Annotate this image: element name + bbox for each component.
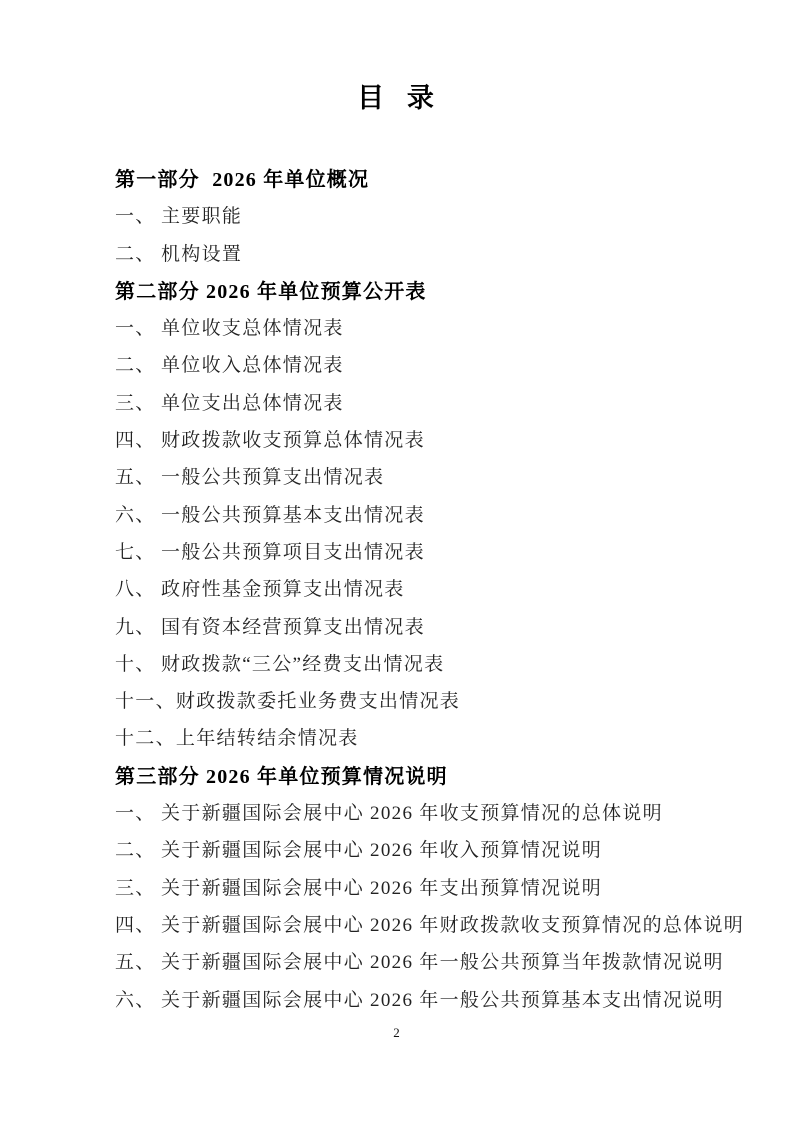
toc-item-label: 政府性基金预算支出情况表 (161, 578, 405, 602)
page-title: 目 录 (0, 84, 793, 113)
toc-item-number: 三、 (115, 877, 161, 901)
toc-item-2-3: 三、 单位支出总体情况表 (115, 392, 753, 429)
toc-item-number: 十一、 (115, 690, 176, 714)
toc-item-2-10: 十、 财政拨款“三公”经费支出情况表 (115, 653, 753, 690)
toc-item-label: 关于新疆国际会展中心 2026 年支出预算情况说明 (161, 877, 602, 901)
toc-item-label: 一般公共预算支出情况表 (161, 466, 384, 490)
toc-item-label: 财政拨款“三公”经费支出情况表 (161, 653, 444, 677)
toc-item-label: 上年结转结余情况表 (176, 727, 359, 751)
toc-item-label: 关于新疆国际会展中心 2026 年财政拨款收支预算情况的总体说明 (161, 914, 744, 938)
toc-item-2-8: 八、 政府性基金预算支出情况表 (115, 578, 753, 615)
toc-item-3-2: 二、 关于新疆国际会展中心 2026 年收入预算情况说明 (115, 839, 753, 876)
toc-item-number: 一、 (115, 802, 161, 826)
toc-item-2-12: 十二、 上年结转结余情况表 (115, 727, 753, 764)
table-of-contents: 第一部分 2026 年单位概况 一、 主要职能 二、 机构设置 第二部分 202… (115, 168, 753, 1026)
toc-item-label: 关于新疆国际会展中心 2026 年一般公共预算当年拨款情况说明 (161, 951, 724, 975)
toc-item-label: 一般公共预算项目支出情况表 (161, 541, 425, 565)
toc-item-3-1: 一、 关于新疆国际会展中心 2026 年收支预算情况的总体说明 (115, 802, 753, 839)
document-page: 目 录 第一部分 2026 年单位概况 一、 主要职能 二、 机构设置 第二部分… (0, 0, 793, 1122)
toc-item-number: 二、 (115, 243, 161, 267)
toc-item-number: 四、 (115, 429, 161, 453)
toc-item-number: 六、 (115, 504, 161, 528)
toc-item-2-1: 一、 单位收支总体情况表 (115, 317, 753, 354)
toc-item-number: 五、 (115, 951, 161, 975)
toc-item-2-5: 五、 一般公共预算支出情况表 (115, 466, 753, 503)
toc-item-2-7: 七、 一般公共预算项目支出情况表 (115, 541, 753, 578)
toc-item-2-2: 二、 单位收入总体情况表 (115, 354, 753, 391)
toc-item-number: 五、 (115, 466, 161, 490)
toc-item-label: 关于新疆国际会展中心 2026 年收支预算情况的总体说明 (161, 802, 663, 826)
toc-item-number: 二、 (115, 839, 161, 863)
toc-item-3-3: 三、 关于新疆国际会展中心 2026 年支出预算情况说明 (115, 877, 753, 914)
toc-item-label: 单位收入总体情况表 (161, 354, 344, 378)
toc-item-label: 国有资本经营预算支出情况表 (161, 616, 425, 640)
toc-item-number: 十、 (115, 653, 161, 677)
toc-item-label: 一般公共预算基本支出情况表 (161, 504, 425, 528)
toc-section-3-heading: 第三部分 2026 年单位预算情况说明 (115, 765, 753, 802)
toc-item-number: 一、 (115, 205, 161, 229)
toc-item-number: 六、 (115, 989, 161, 1013)
toc-item-number: 三、 (115, 392, 161, 416)
toc-item-number: 七、 (115, 541, 161, 565)
toc-item-label: 单位支出总体情况表 (161, 392, 344, 416)
toc-item-label: 单位收支总体情况表 (161, 317, 344, 341)
toc-item-3-4: 四、 关于新疆国际会展中心 2026 年财政拨款收支预算情况的总体说明 (115, 914, 753, 951)
toc-item-number: 九、 (115, 616, 161, 640)
toc-item-label: 关于新疆国际会展中心 2026 年一般公共预算基本支出情况说明 (161, 989, 724, 1013)
toc-item-label: 财政拨款收支预算总体情况表 (161, 429, 425, 453)
toc-item-1-1: 一、 主要职能 (115, 205, 753, 242)
toc-item-number: 四、 (115, 914, 161, 938)
page-number: 2 (0, 1024, 793, 1042)
toc-section-2-heading: 第二部分 2026 年单位预算公开表 (115, 280, 753, 317)
toc-item-label: 主要职能 (161, 205, 242, 229)
toc-item-number: 一、 (115, 317, 161, 341)
toc-item-2-6: 六、 一般公共预算基本支出情况表 (115, 504, 753, 541)
toc-item-label: 关于新疆国际会展中心 2026 年收入预算情况说明 (161, 839, 602, 863)
toc-item-number: 二、 (115, 354, 161, 378)
toc-item-2-4: 四、 财政拨款收支预算总体情况表 (115, 429, 753, 466)
toc-item-2-11: 十一、 财政拨款委托业务费支出情况表 (115, 690, 753, 727)
toc-item-number: 十二、 (115, 727, 176, 751)
toc-item-3-5: 五、 关于新疆国际会展中心 2026 年一般公共预算当年拨款情况说明 (115, 951, 753, 988)
toc-item-3-6: 六、 关于新疆国际会展中心 2026 年一般公共预算基本支出情况说明 (115, 989, 753, 1026)
toc-item-label: 财政拨款委托业务费支出情况表 (176, 690, 460, 714)
toc-item-1-2: 二、 机构设置 (115, 243, 753, 280)
toc-item-number: 八、 (115, 578, 161, 602)
toc-item-label: 机构设置 (161, 243, 242, 267)
toc-item-2-9: 九、 国有资本经营预算支出情况表 (115, 616, 753, 653)
toc-section-1-heading: 第一部分 2026 年单位概况 (115, 168, 753, 205)
